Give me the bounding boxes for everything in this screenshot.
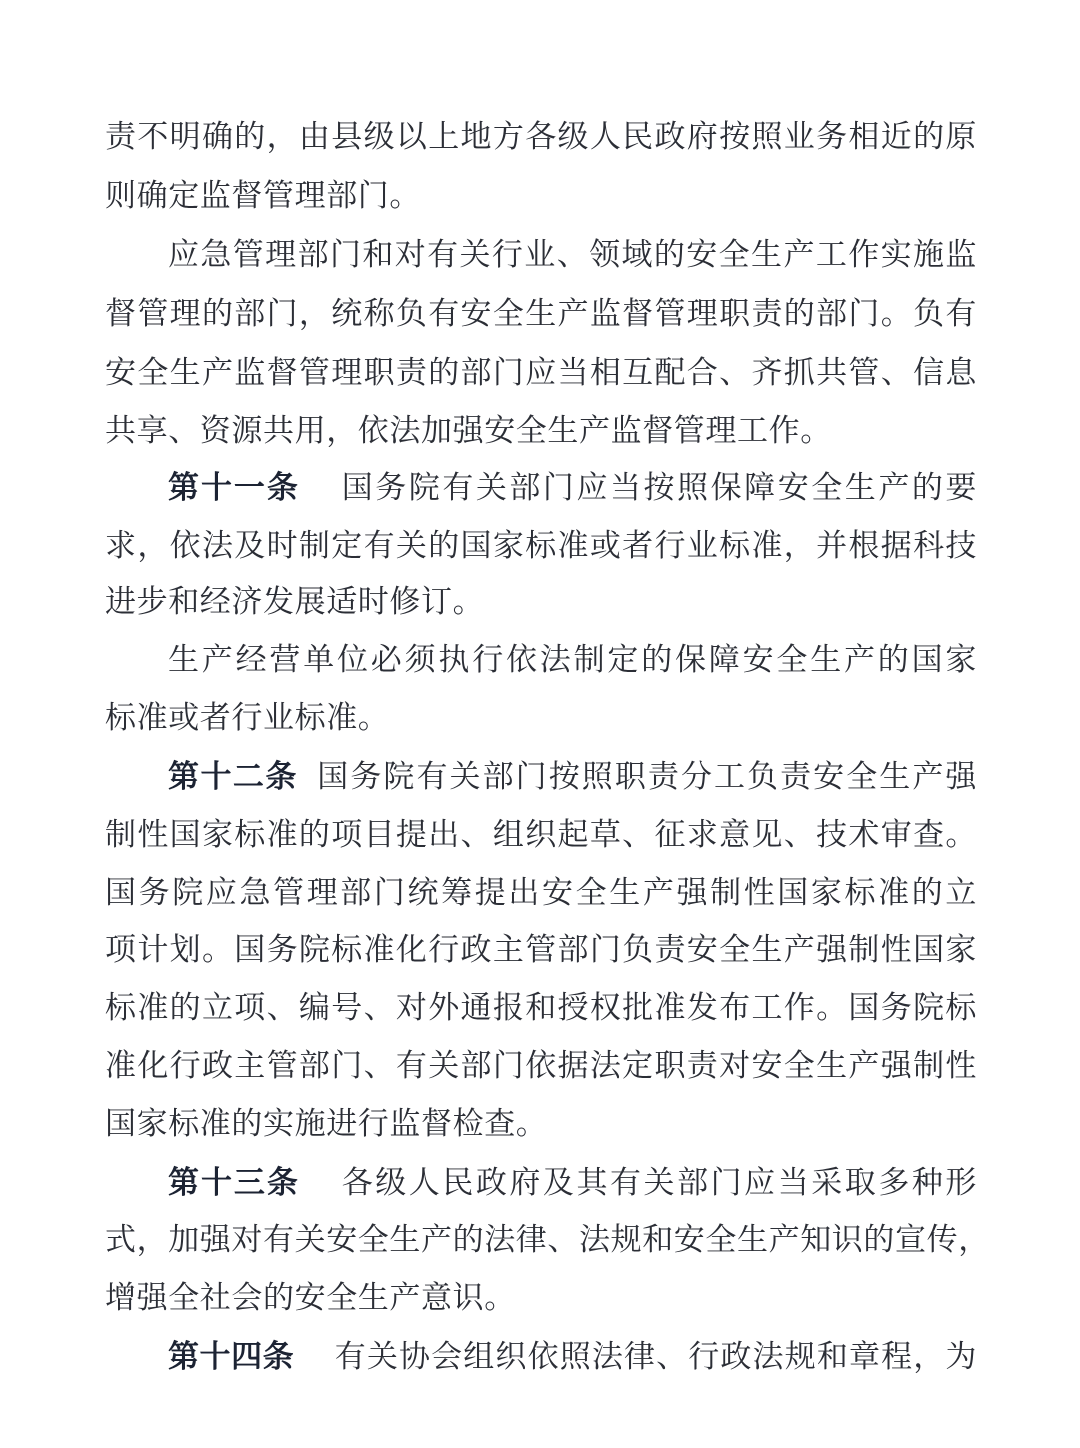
text-line: 安全生产监督管理职责的部门应当相互配合、齐抓共管、信息 — [105, 348, 977, 398]
text-line: 项计划。国务院标准化行政主管部门负责安全生产强制性国家 — [105, 925, 977, 975]
text-line: 责不明确的，由县级以上地方各级人民政府按照业务相近的原 — [105, 112, 977, 162]
text-line: 求，依法及时制定有关的国家标准或者行业标准，并根据科技 — [105, 521, 977, 571]
article-text: 有关协会组织依照法律、行政法规和章程，为 — [334, 1339, 977, 1375]
article-text: 各级人民政府及其有关部门应当采取多种形 — [340, 1165, 977, 1201]
article-text: 国务院有关部门应当按照保障安全生产的要 — [340, 470, 977, 506]
text-line: 应急管理部门和对有关行业、领域的安全生产工作实施监 — [168, 230, 977, 280]
text-line: 准化行政主管部门、有关部门依据法定职责对安全生产强制性 — [105, 1041, 977, 1091]
text-line: 制性国家标准的项目提出、组织起草、征求意见、技术审查。 — [105, 810, 977, 860]
article-12-first-line: 第十二条国务院有关部门按照职责分工负责安全生产强 — [168, 752, 977, 802]
article-label: 第十三条 — [168, 1165, 300, 1201]
article-label: 第十一条 — [168, 470, 300, 506]
text-line: 则确定监督管理部门。 — [105, 171, 977, 221]
article-14-first-line: 第十四条有关协会组织依照法律、行政法规和章程，为 — [168, 1332, 977, 1382]
article-label: 第十四条 — [168, 1339, 294, 1375]
text-line: 标准的立项、编号、对外通报和授权批准发布工作。国务院标 — [105, 983, 977, 1033]
text-line: 国务院应急管理部门统筹提出安全生产强制性国家标准的立 — [105, 868, 977, 918]
text-line: 共享、资源共用，依法加强安全生产监督管理工作。 — [105, 406, 977, 456]
text-line: 增强全社会的安全生产意识。 — [105, 1273, 977, 1323]
text-line: 国家标准的实施进行监督检查。 — [105, 1099, 977, 1149]
article-11-first-line: 第十一条国务院有关部门应当按照保障安全生产的要 — [168, 463, 977, 513]
text-line: 式，加强对有关安全生产的法律、法规和安全生产知识的宣传， — [105, 1215, 977, 1265]
text-line: 督管理的部门，统称负有安全生产监督管理职责的部门。负有 — [105, 289, 977, 339]
text-line: 标准或者行业标准。 — [105, 693, 977, 743]
document-page: 责不明确的，由县级以上地方各级人民政府按照业务相近的原 则确定监督管理部门。 应… — [0, 0, 1080, 1448]
article-text: 国务院有关部门按照职责分工负责安全生产强 — [316, 759, 977, 795]
article-13-first-line: 第十三条各级人民政府及其有关部门应当采取多种形 — [168, 1158, 977, 1208]
article-label: 第十二条 — [168, 759, 298, 795]
text-line: 进步和经济发展适时修订。 — [105, 577, 977, 627]
text-line: 生产经营单位必须执行依法制定的保障安全生产的国家 — [168, 635, 977, 685]
